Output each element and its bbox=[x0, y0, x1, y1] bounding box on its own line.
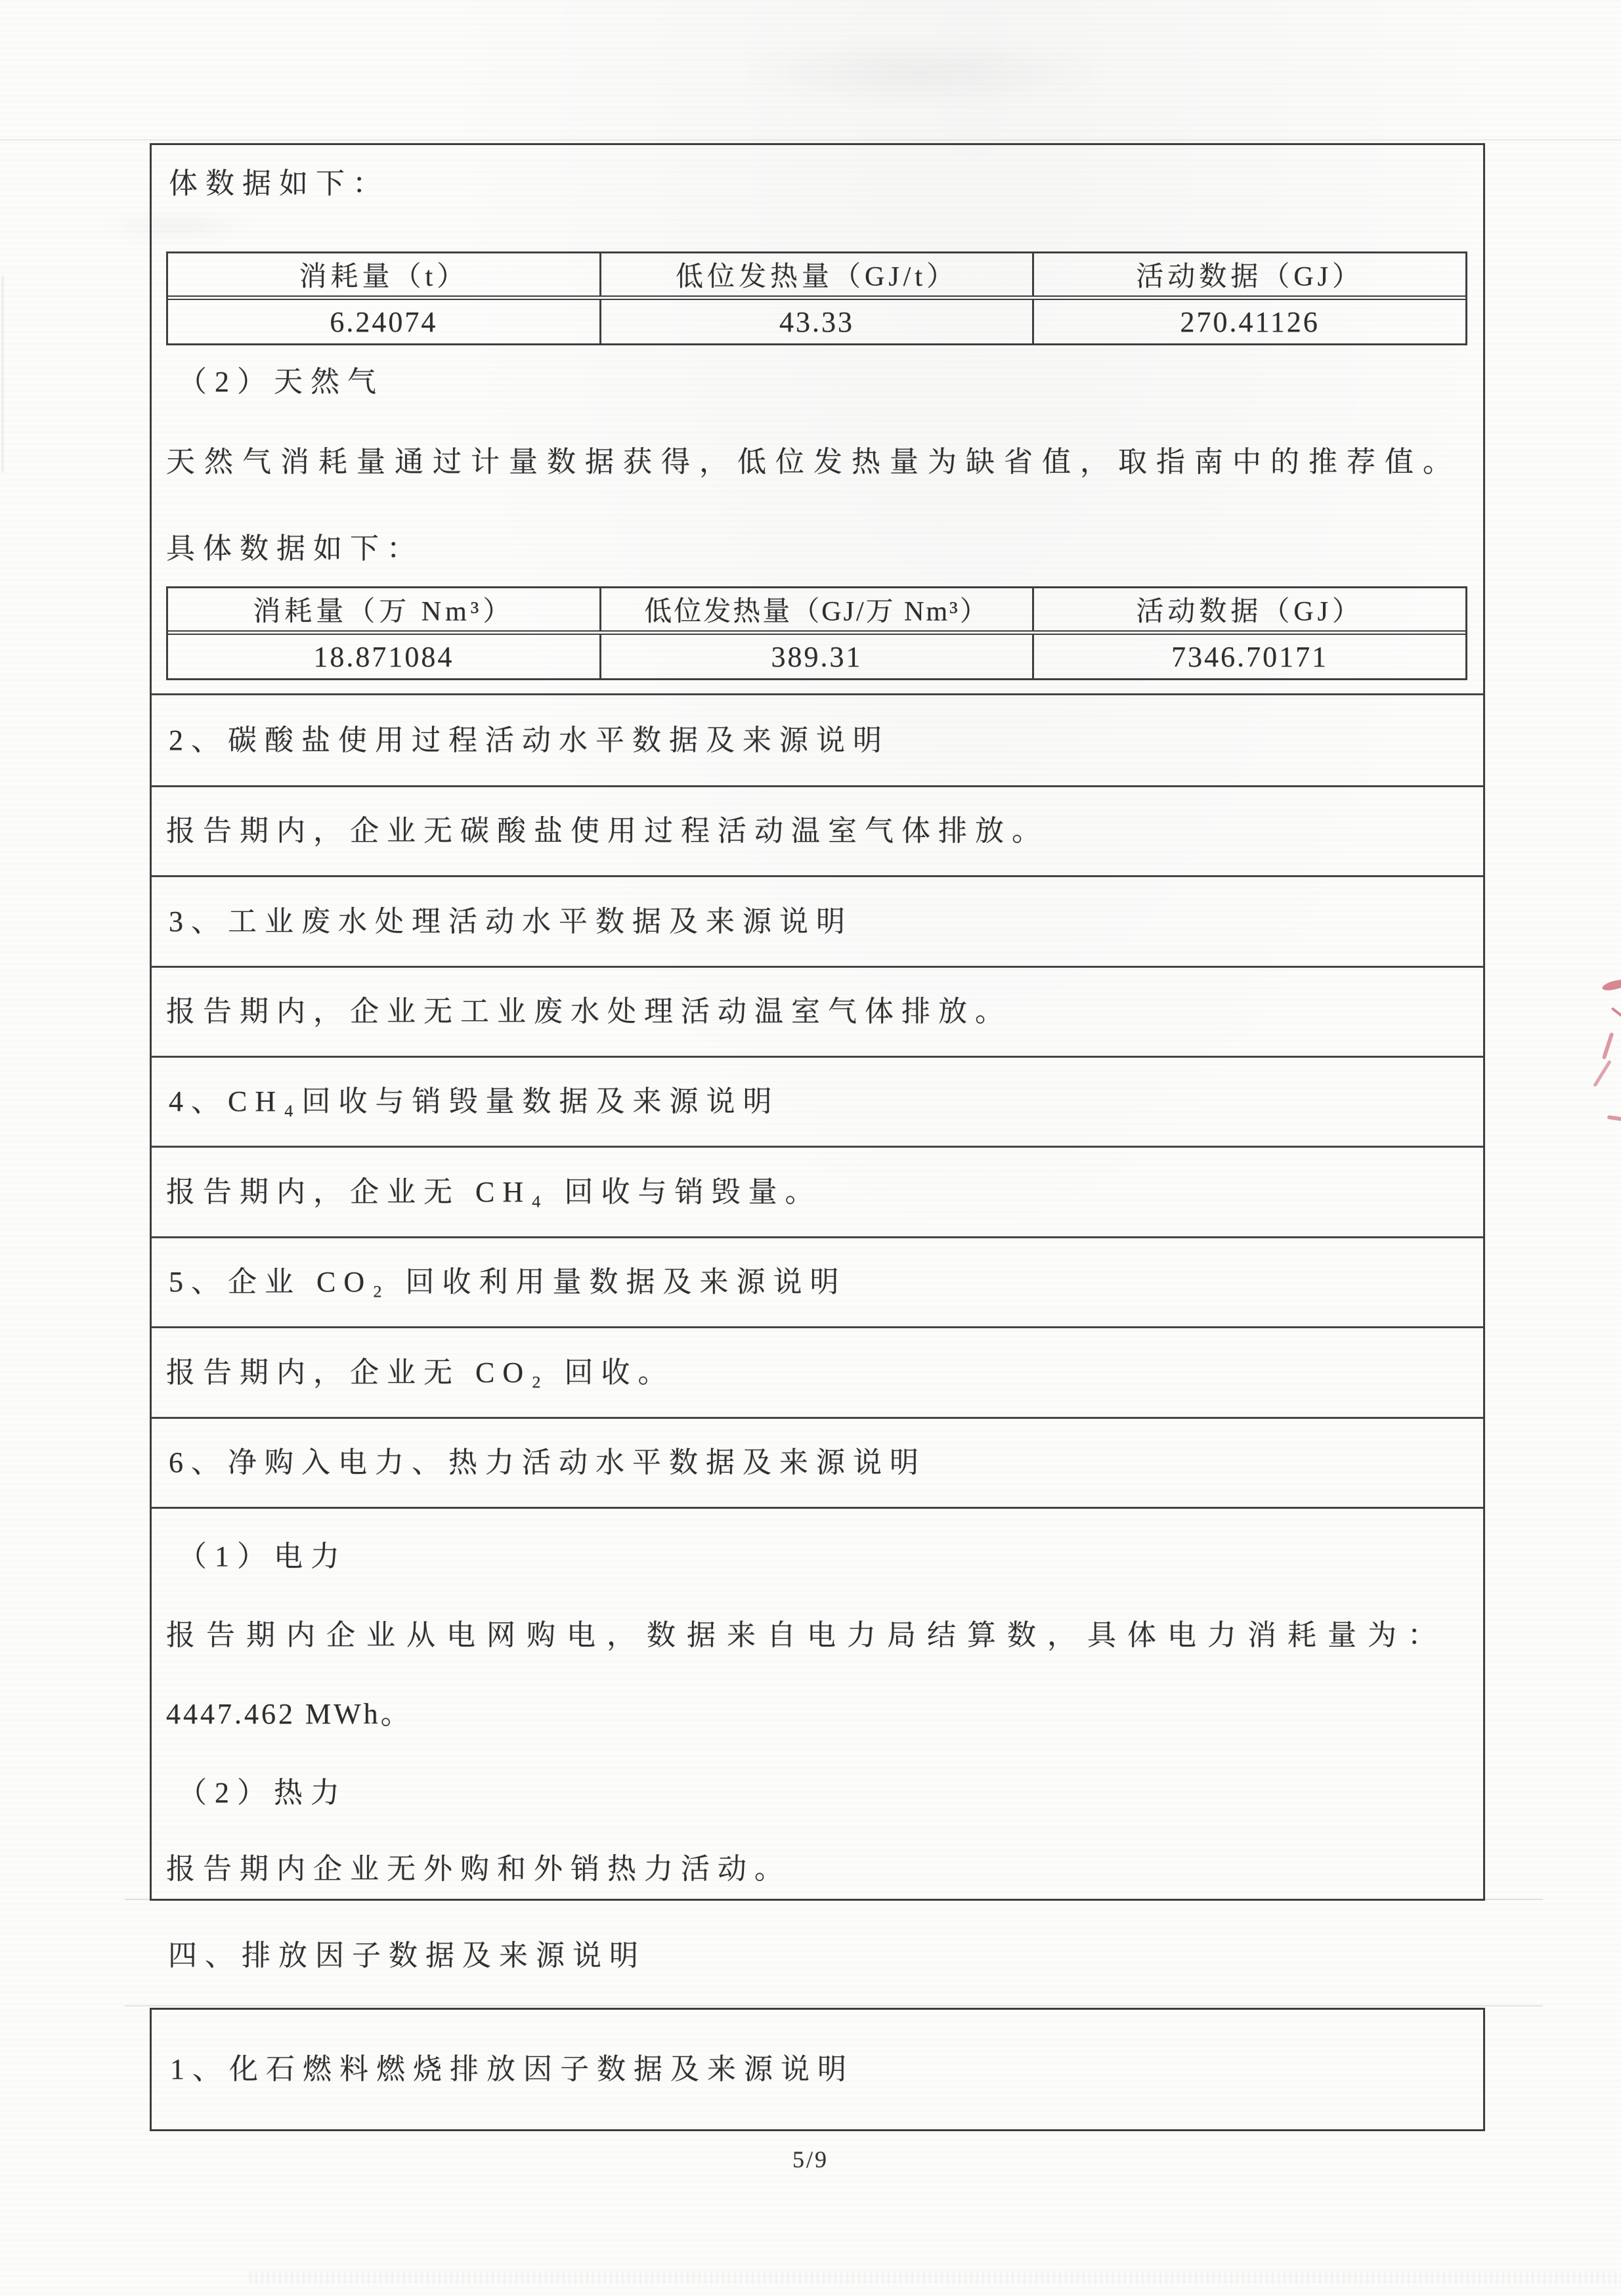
section-body-row: 报告期内，企业无 CH₄ 回收与销毁量。 bbox=[152, 1146, 1483, 1236]
section-heading: 3、工业废水处理活动水平数据及来源说明 bbox=[169, 901, 853, 942]
table-cell: 6.24074 bbox=[168, 300, 599, 343]
scan-streak bbox=[1, 276, 4, 473]
lead-in-line: 具体数据如下： bbox=[166, 529, 423, 569]
section-body: 报告期内，企业无 CH₄ 回收与销毁量。 bbox=[166, 1172, 821, 1213]
fuel-oil-table-header-row: 消耗量（t） 低位发热量（GJ/t） 活动数据（GJ） bbox=[168, 253, 1465, 300]
table-cell: 270.41126 bbox=[1032, 300, 1465, 343]
column-header: 消耗量（t） bbox=[168, 253, 599, 295]
section-heading-row: 5、企业 CO₂ 回收利用量数据及来源说明 bbox=[152, 1236, 1483, 1326]
section-body-row: 报告期内，企业无工业废水处理活动温室气体排放。 bbox=[152, 966, 1483, 1056]
scan-streak bbox=[125, 2005, 1543, 2006]
natural-gas-subheading: （2）天然气 bbox=[178, 362, 384, 402]
heat-paragraph: 报告期内企业无外购和外销热力活动。 bbox=[166, 1849, 791, 1890]
column-header: 消耗量（万 Nm³） bbox=[168, 588, 599, 630]
scan-bleed-smudge bbox=[735, 36, 1103, 108]
heat-subheading: （2）热力 bbox=[178, 1773, 347, 1813]
factor-section-heading: 1、化石燃料燃烧排放因子数据及来源说明 bbox=[170, 2049, 854, 2090]
red-pen-mark bbox=[1602, 1032, 1614, 1060]
natural-gas-table-header-row: 消耗量（万 Nm³） 低位发热量（GJ/万 Nm³） 活动数据（GJ） bbox=[168, 588, 1465, 635]
column-header: 低位发热量（GJ/t） bbox=[599, 253, 1033, 295]
fuel-oil-table: 消耗量（t） 低位发热量（GJ/t） 活动数据（GJ） 6.24074 43.3… bbox=[166, 251, 1467, 345]
section-body: 报告期内，企业无碳酸盐使用过程活动温室气体排放。 bbox=[166, 811, 1048, 852]
main-table: 体数据如下： 消耗量（t） 低位发热量（GJ/t） 活动数据（GJ） 6.240… bbox=[150, 143, 1485, 1901]
red-pen-mark bbox=[1601, 978, 1621, 992]
column-header: 活动数据（GJ） bbox=[1032, 588, 1465, 630]
section-heading-row: 4、CH₄回收与销毁量数据及来源说明 bbox=[152, 1056, 1483, 1146]
section-heading: 5、企业 CO₂ 回收利用量数据及来源说明 bbox=[169, 1262, 846, 1303]
section-heading-row: 3、工业废水处理活动水平数据及来源说明 bbox=[152, 875, 1483, 966]
page-number: 5/9 bbox=[0, 2146, 1621, 2173]
section-heading: 6、净购入电力、热力活动水平数据及来源说明 bbox=[169, 1442, 926, 1483]
red-pen-mark bbox=[1611, 1007, 1621, 1020]
table-cell: 43.33 bbox=[599, 300, 1033, 343]
natural-gas-table-value-row: 18.871084 389.31 7346.70171 bbox=[168, 635, 1465, 678]
section-body: 报告期内，企业无工业废水处理活动温室气体排放。 bbox=[166, 991, 1012, 1032]
chapter-heading: 四、排放因子数据及来源说明 bbox=[168, 1936, 646, 1976]
intro-line: 体数据如下： bbox=[169, 163, 389, 204]
natural-gas-table: 消耗量（万 Nm³） 低位发热量（GJ/万 Nm³） 活动数据（GJ） 18.8… bbox=[166, 586, 1467, 680]
section-body-row: 报告期内，企业无碳酸盐使用过程活动温室气体排放。 bbox=[152, 785, 1483, 875]
section-heading-row: 6、净购入电力、热力活动水平数据及来源说明 bbox=[152, 1417, 1483, 1507]
electricity-value-line: 4447.462 MWh。 bbox=[166, 1694, 412, 1735]
power-heat-row: （1）电力 报告期内企业从电网购电，数据来自电力局结算数，具体电力消耗量为： 4… bbox=[152, 1507, 1483, 1903]
fuel-oil-table-value-row: 6.24074 43.33 270.41126 bbox=[168, 300, 1465, 343]
red-pen-mark bbox=[1607, 1115, 1621, 1121]
section-body: 报告期内，企业无 CO₂ 回收。 bbox=[166, 1353, 674, 1393]
section-heading-row: 2、碳酸盐使用过程活动水平数据及来源说明 bbox=[152, 693, 1483, 785]
fuel-activity-row: 体数据如下： 消耗量（t） 低位发热量（GJ/t） 活动数据（GJ） 6.240… bbox=[152, 145, 1483, 693]
column-header: 活动数据（GJ） bbox=[1032, 253, 1465, 295]
electricity-subheading: （1）电力 bbox=[178, 1536, 347, 1577]
table-cell: 18.871084 bbox=[168, 635, 599, 678]
table-cell: 389.31 bbox=[599, 635, 1033, 678]
scanned-report-page: 体数据如下： 消耗量（t） 低位发热量（GJ/t） 活动数据（GJ） 6.240… bbox=[0, 0, 1621, 2296]
section-body-row: 报告期内，企业无 CO₂ 回收。 bbox=[152, 1326, 1483, 1417]
section-heading: 2、碳酸盐使用过程活动水平数据及来源说明 bbox=[169, 720, 890, 761]
column-header: 低位发热量（GJ/万 Nm³） bbox=[599, 588, 1033, 630]
scan-streak bbox=[0, 139, 1621, 141]
section-heading: 4、CH₄回收与销毁量数据及来源说明 bbox=[169, 1081, 779, 1122]
electricity-paragraph: 报告期内企业从电网购电，数据来自电力局结算数，具体电力消耗量为： bbox=[166, 1615, 1448, 1656]
scan-bleed-strip bbox=[249, 2272, 1621, 2284]
natural-gas-paragraph: 天然气消耗量通过计量数据获得，低位发热量为缺省值，取指南中的推荐值。 bbox=[166, 442, 1461, 483]
emission-factor-table: 1、化石燃料燃烧排放因子数据及来源说明 bbox=[150, 2008, 1485, 2131]
red-pen-mark bbox=[1593, 1060, 1612, 1087]
table-cell: 7346.70171 bbox=[1032, 635, 1465, 678]
